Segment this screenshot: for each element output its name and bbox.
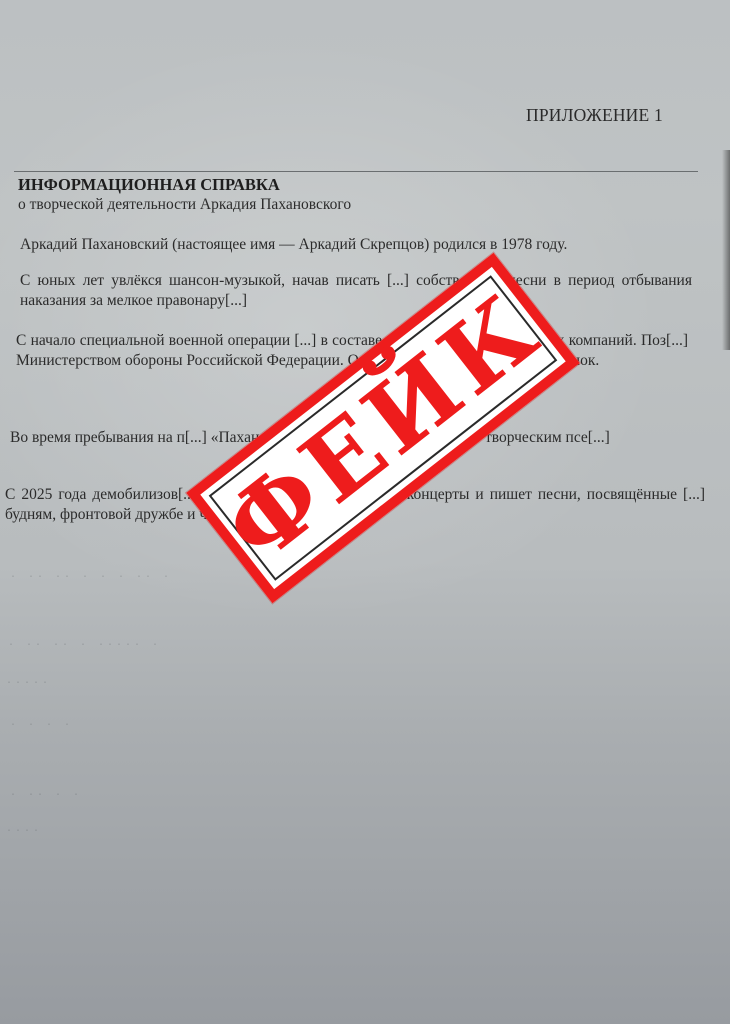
- bleed-through-marks: · ·· ·· · ····· ·: [8, 640, 161, 651]
- bleed-through-marks: · ·· · ·: [10, 790, 82, 801]
- bleed-through-marks: ····: [6, 826, 42, 837]
- document-title: ИНФОРМАЦИОННАЯ СПРАВКА: [18, 175, 280, 195]
- header-divider: [14, 171, 698, 172]
- bleed-through-marks: · · · ·: [10, 720, 73, 731]
- paragraph-birth: Аркадий Пахановский (настоящее имя — Арк…: [20, 235, 692, 255]
- appendix-label: ПРИЛОЖЕНИЕ 1: [526, 105, 663, 126]
- paragraph-early-years: С юных лет увлёкся шансон-музыкой, начав…: [20, 271, 692, 311]
- bleed-through-marks: · ·· ·· · · · ·· ·: [10, 572, 172, 583]
- document-subtitle: о творческой деятельности Аркадия Пахано…: [18, 196, 351, 214]
- bleed-through-marks: ·····: [6, 678, 51, 689]
